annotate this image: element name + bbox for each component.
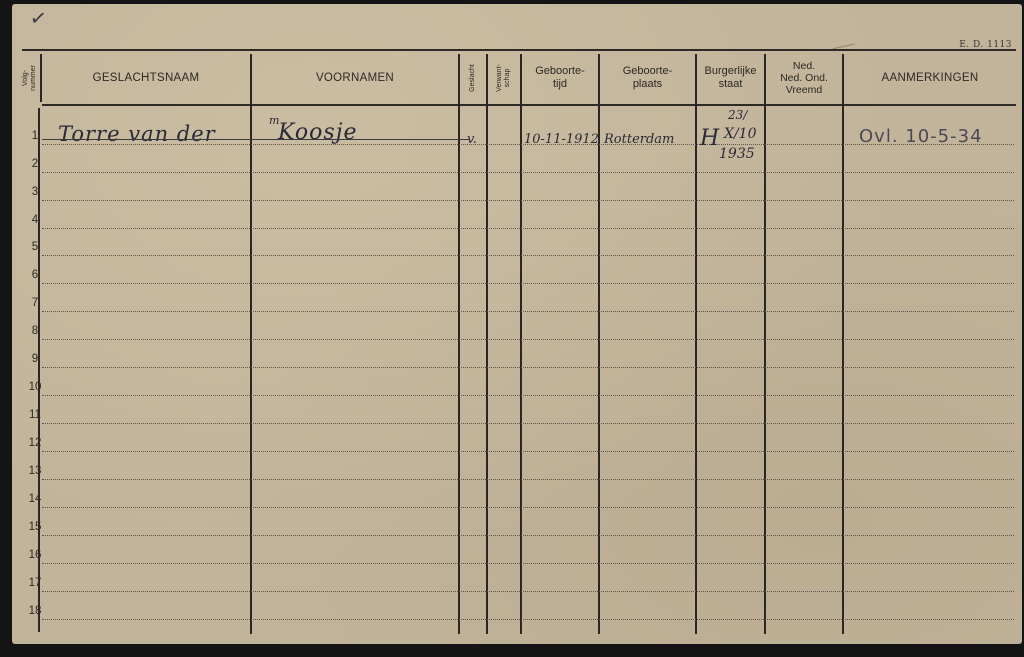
row-number: 8: [24, 325, 46, 337]
row-line: [42, 619, 1014, 620]
row-number: 6: [24, 269, 46, 281]
row-line: [42, 283, 1014, 284]
row-number: 18: [24, 605, 46, 617]
row-line: [42, 311, 1014, 312]
entry-geboorteplaats: Rotterdam: [604, 132, 674, 147]
column-divider: [695, 54, 697, 634]
row-line: [42, 228, 1014, 229]
header-volgnummer: Volg- nummer: [20, 54, 40, 102]
row-number: 4: [24, 214, 46, 226]
row-number: 13: [24, 465, 46, 477]
strikethrough-line: [42, 139, 470, 140]
header-burgerlijke-staat: Burgerlijke staat: [697, 54, 764, 102]
entry-geslachtsnaam: Torre van der: [58, 122, 216, 146]
row-line: [42, 423, 1014, 424]
row-line: [42, 591, 1014, 592]
header-voornamen: VOORNAMEN: [252, 54, 458, 102]
row-number: 10: [24, 381, 46, 393]
row-number: 5: [24, 241, 46, 253]
entry-burgerlijke-staat-year: 1935: [719, 146, 755, 162]
header-geslacht: Geslacht: [460, 54, 486, 102]
pencil-mark: [832, 38, 855, 49]
row-line: [42, 535, 1014, 536]
column-divider: [842, 54, 844, 634]
header-geboorteplaats: Geboorte- plaats: [600, 54, 695, 102]
row-line: [42, 172, 1014, 173]
row-line: [42, 479, 1014, 480]
row-line: [42, 451, 1014, 452]
row-number: 11: [24, 409, 46, 421]
row-number: 16: [24, 549, 46, 561]
entry-burgerlijke-staat-month: X/10: [724, 126, 757, 142]
row-line: [42, 200, 1014, 201]
column-divider: [458, 54, 460, 634]
entry-aanmerkingen: Ovl. 10-5-34: [859, 126, 983, 147]
row-number: 15: [24, 521, 46, 533]
row-number: 2: [24, 158, 46, 170]
row-number: 12: [24, 437, 46, 449]
row-line: [42, 395, 1014, 396]
row-line: [42, 563, 1014, 564]
row-number: 1: [24, 130, 46, 142]
header-nationaliteit: Ned. Ned. Ond. Vreemd: [766, 54, 842, 102]
entry-burgerlijke-staat-status: H: [700, 126, 719, 151]
row-number: 3: [24, 186, 46, 198]
header-geboortetijd: Geboorte- tijd: [522, 54, 598, 102]
row-line: [42, 255, 1014, 256]
header-rule: [42, 104, 1016, 106]
row-number: 7: [24, 297, 46, 309]
entry-geboortetijd: 10-11-1912: [524, 132, 599, 147]
entry-geslacht: v.: [467, 132, 477, 147]
registration-card: ✓ E. D. 1113 Volg- nummer GESLACHTSNAAM …: [12, 4, 1022, 644]
entry-burgerlijke-staat-day: 23/: [728, 108, 747, 122]
row-line: [42, 367, 1014, 368]
check-mark: ✓: [28, 5, 48, 31]
header-verwantschap: Verwant- schap: [488, 54, 520, 102]
row-number: 14: [24, 493, 46, 505]
row-line: [42, 507, 1014, 508]
row-number: 9: [24, 353, 46, 365]
entry-voornamen: Koosje: [278, 120, 357, 145]
header-aanmerkingen: AANMERKINGEN: [844, 54, 1016, 102]
header-geslachtsnaam: GESLACHTSNAAM: [42, 54, 250, 102]
row-line: [42, 339, 1014, 340]
top-rule: [22, 49, 1016, 51]
column-divider: [520, 54, 522, 634]
column-divider: [250, 54, 252, 634]
column-divider: [486, 54, 488, 634]
row-number: 17: [24, 577, 46, 589]
column-divider: [764, 54, 766, 634]
